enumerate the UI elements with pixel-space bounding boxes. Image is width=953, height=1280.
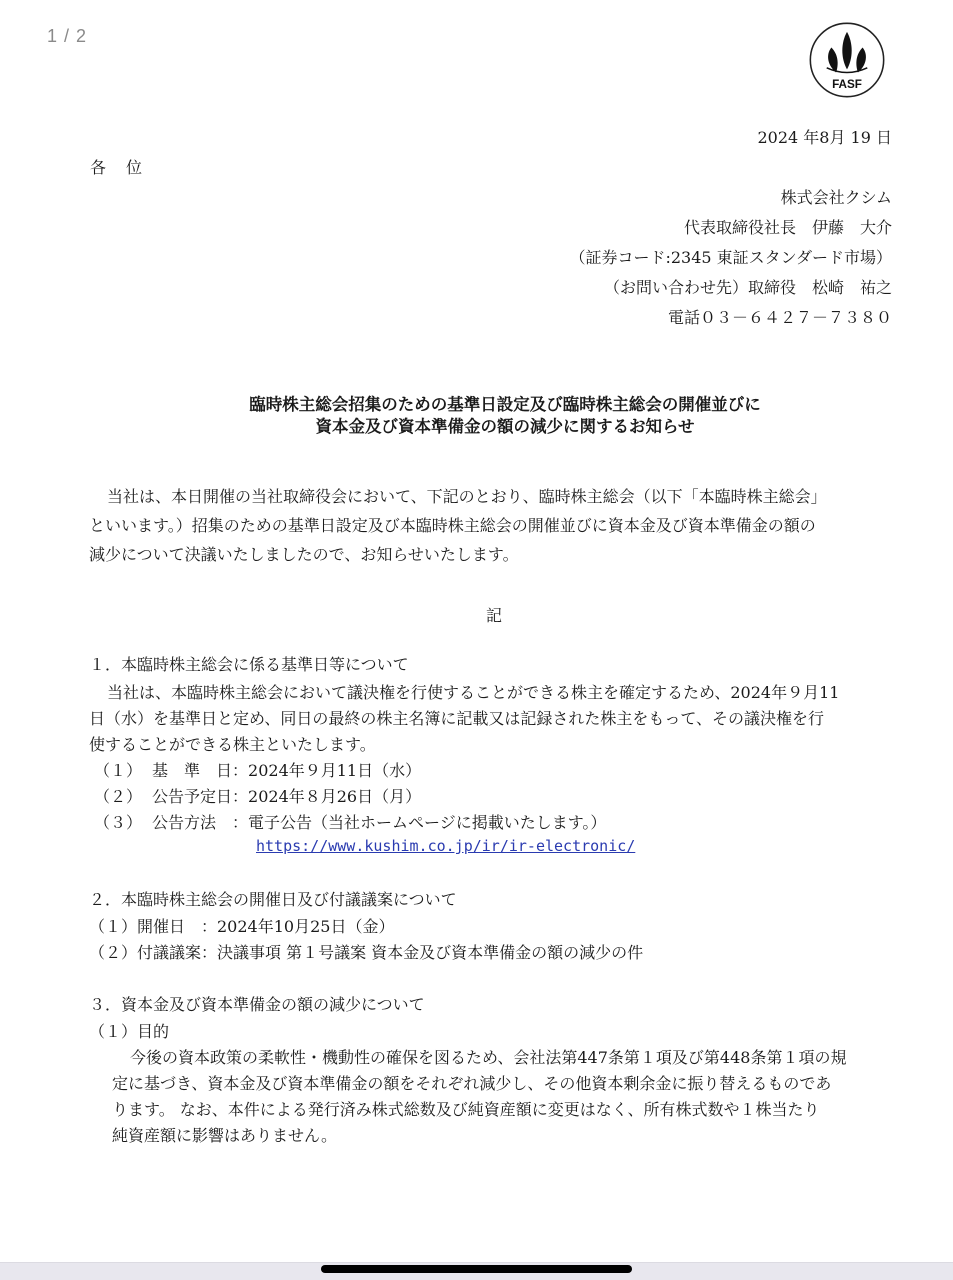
item-number: （１）	[94, 761, 142, 780]
sender-company: 株式会社クシム	[781, 185, 892, 208]
sender-representative: 代表取締役社長 伊藤 大介	[684, 215, 892, 238]
document-title-line1: 臨時株主総会招集のための基準日設定及び臨時株主総会の開催並びに	[0, 391, 953, 415]
home-indicator[interactable]	[321, 1265, 632, 1273]
section3-body-line: ります。 なお、本件による発行済み株式総数及び純資産額に変更はなく、所有株式数や…	[112, 1097, 922, 1120]
intro-line: 当社は、本日開催の当社取締役会において、下記のとおり、臨時株主総会（以下「本臨時…	[89, 484, 899, 507]
item-number: （２）	[94, 787, 142, 806]
intro-line: といいます。）招集のための基準日設定及び本臨時株主総会の開催並びに資本金及び資本…	[89, 513, 899, 536]
intro-line: 減少について決議いたしましたので、お知らせいたします。	[89, 542, 899, 565]
addressee: 各 位	[90, 155, 144, 178]
item-number: （３）	[94, 813, 142, 832]
document-page[interactable]: 1 / 2 FASF 2024 年8月 19 日 各 位 株式会社クシム 代表取…	[0, 0, 953, 1262]
section3-subheading: （１）目的	[89, 1019, 899, 1042]
item-label: 公告予定日	[152, 787, 232, 806]
section2-heading: ２．本臨時株主総会の開催日及び付議議案について	[89, 887, 899, 910]
section1-heading: １．本臨時株主総会に係る基準日等について	[89, 652, 899, 675]
document-date: 2024 年8月 19 日	[757, 125, 892, 148]
page-indicator: 1 / 2	[47, 26, 87, 47]
document-title-line2: 資本金及び資本準備金の額の減少に関するお知らせ	[0, 413, 953, 437]
securities-code: （証券コード:2345 東証スタンダード市場）	[569, 245, 892, 268]
item-value: ：2024年８月26日（月）	[232, 787, 421, 806]
notice-date-item: （２）公告予定日：2024年８月26日（月）	[94, 784, 421, 807]
item-value: ：2024年９月11日（水）	[232, 761, 421, 780]
section3-heading: ３．資本金及び資本準備金の額の減少について	[89, 992, 899, 1015]
section1-body-line: 使することができる株主といたします。	[89, 732, 899, 755]
electronic-notice-link[interactable]: https://www.kushim.co.jp/ir/ir-electroni…	[256, 837, 635, 855]
pdf-viewer: 1 / 2 FASF 2024 年8月 19 日 各 位 株式会社クシム 代表取…	[0, 0, 953, 1280]
item-label: 公告方法	[152, 813, 232, 832]
meeting-date-item: （１）開催日 ：2024年10月25日（金）	[89, 914, 899, 937]
contact-phone: 電話０３－６４２７－７３８０	[668, 305, 892, 328]
record-date-item: （１）基 準 日：2024年９月11日（水）	[94, 758, 421, 781]
section3-body-line: 純資産額に影響はありません。	[112, 1123, 922, 1146]
contact-person: （お問い合わせ先）取締役 松崎 祐之	[604, 275, 892, 298]
section1-body-line: 当社は、本臨時株主総会において議決権を行使することができる株主を確定するため、2…	[89, 680, 899, 703]
fasf-logo-icon: FASF	[808, 21, 886, 99]
section1-body-line: 日（水）を基準日と定め、同日の最終の株主名簿に記載又は記録された株主をもって、そ…	[89, 706, 899, 729]
notice-method-item: （３）公告方法 ：電子公告（当社ホームページに掲載いたします。）	[94, 810, 606, 833]
item-value: ：電子公告（当社ホームページに掲載いたします。）	[232, 813, 606, 832]
agenda-item: （２）付議議案：決議事項 第１号議案 資本金及び資本準備金の額の減少の件	[89, 940, 899, 963]
item-label: 基 準 日	[152, 761, 232, 780]
svg-text:FASF: FASF	[832, 78, 862, 91]
section3-body-line: 今後の資本政策の柔軟性・機動性の確保を図るため、会社法第447条第１項及び第44…	[112, 1045, 922, 1068]
section3-body-line: 定に基づき、資本金及び資本準備金の額をそれぞれ減少し、その他資本剰余金に振り替え…	[112, 1071, 922, 1094]
ki-heading: 記	[486, 603, 502, 626]
